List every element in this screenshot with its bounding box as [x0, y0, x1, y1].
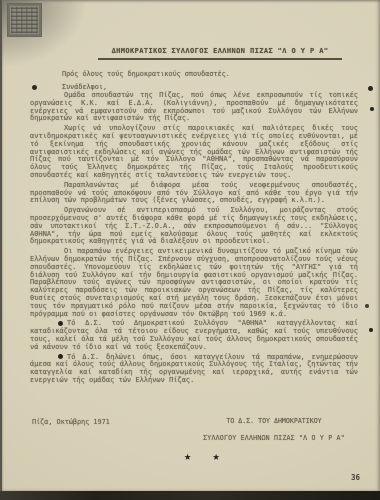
ink-speck [368, 86, 373, 91]
signature-line-2: ΣΥΛΛΟΓΟΥ ΕΛΛΗΝΩΝ ΠΙΖΑΣ "Λ Ο Υ Ρ Α" [190, 434, 358, 442]
date-line: Πίζα, Οκτώβρης 1971 [32, 418, 110, 426]
ink-speck [369, 328, 373, 332]
ink-speck [365, 304, 369, 308]
paragraph: Παραπλανώντας μέ διάφορα μέσα τούς νεοφε… [30, 182, 358, 205]
bullet-paragraph: Τό Δ.Σ. τού Δημοκρατικού Συλλόγου "ΑΘΗΝΑ… [30, 320, 358, 351]
margin-dot-icon [32, 85, 37, 90]
paragraph: Χωρίς νά υπολογίζουν στίς παροικιακές κα… [30, 125, 358, 180]
bottom-scan-band [0, 491, 380, 500]
stamp-pattern [11, 7, 38, 33]
bullet-dot-icon [58, 321, 63, 326]
bullet-dot-icon [58, 354, 63, 359]
document-title: ΔΗΜΟΚΡΑΤΙΚΟΣ ΣΥΛΛΟΓΟΣ ΕΛΛΗΝΩΝ ΠΙΖΑΣ "Λ Ο… [98, 47, 342, 60]
ink-speck [370, 107, 374, 111]
signature-line-1: ΤΟ Δ.Σ. ΤΟΥ ΔΗΜΟΚΡΑΤΙΚΟΥ [190, 417, 358, 425]
paragraph: Οι παραπάνω ενέργειες αντικειμενικά δυνα… [30, 248, 358, 318]
stars-decoration: ★ ★ [184, 449, 227, 463]
signature-block: ΤΟ Δ.Σ. ΤΟΥ ΔΗΜΟΚΡΑΤΙΚΟΥ ΣΥΛΛΟΓΟΥ ΕΛΛΗΝΩ… [190, 417, 358, 442]
paragraph: Οργανώνουν σέ αντιπερισπασμό τού Συλλόγο… [30, 207, 358, 246]
page-number: 36 [351, 473, 360, 482]
greeting-line: Συνάδελφοι, [62, 83, 107, 91]
body-paragraphs: Ομάδα σπουδαστών της Πίζας, πού όπως λέν… [30, 92, 358, 387]
scan-background: ΔΗΜΟΚΡΑΤΙΚΟΣ ΣΥΛΛΟΓΟΣ ΕΛΛΗΝΩΝ ΠΙΖΑΣ "Λ Ο… [0, 0, 380, 500]
document-page: ΔΗΜΟΚΡΑΤΙΚΟΣ ΣΥΛΛΟΓΟΣ ΕΛΛΗΝΩΝ ΠΙΖΑΣ "Λ Ο… [2, 0, 380, 491]
salutation-line: Πρός όλους τούς δημοκρατικούς σπουδαστές… [62, 70, 230, 78]
paragraph: Ομάδα σπουδαστών της Πίζας, πού όπως λέν… [30, 92, 358, 123]
bullet-paragraph: Τό Δ.Σ. δηλώνει όπως, όσοι καταγγείλουν … [30, 354, 358, 385]
stamp-icon [7, 3, 42, 37]
